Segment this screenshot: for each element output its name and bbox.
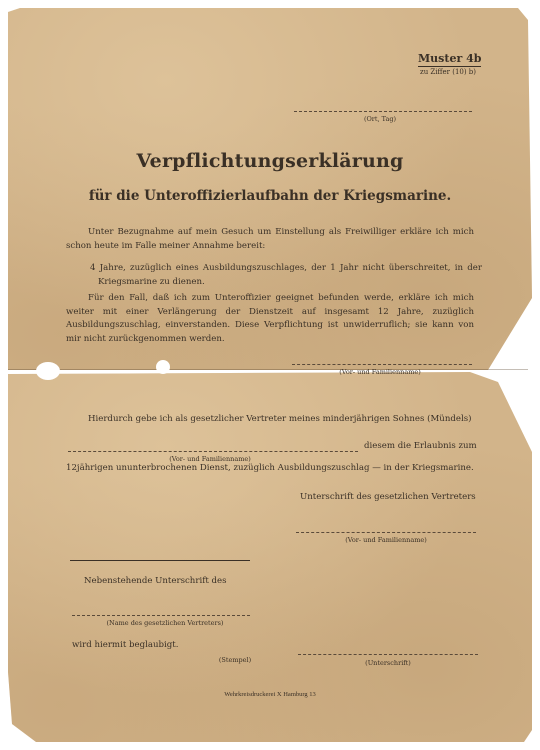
certification-statement: wird hiermit beglaubigt. [72,640,178,650]
form-reference: zu Ziffer (10) b) [420,68,476,76]
guardian-name-line[interactable] [72,615,250,616]
document-title: Verpflichtungserklärung [0,150,540,172]
son-name-line[interactable] [68,451,358,452]
place-date-caption: (Ort, Tag) [340,115,420,123]
paper-tear-hole [156,360,170,374]
document-lower-half [8,372,532,742]
service-term-paragraph: 4 Jahre, zuzüglich eines Ausbildungszusc… [90,262,482,289]
official-signature-caption: (Unterschrift) [358,659,418,667]
declaration-paragraph: Unter Bezugnahme auf mein Gesuch um Eins… [66,226,474,253]
certification-label: Nebenstehende Unterschrift des [84,576,227,586]
extension-paragraph: Für den Fall, daß ich zum Unteroffizier … [66,292,474,346]
certification-divider [70,560,250,561]
official-signature-line[interactable] [298,654,478,655]
place-date-line[interactable] [294,111,472,112]
printer-imprint: Wehrkreisdruckerei X Hamburg 13 [0,691,540,698]
guardian-continuation: 12jährigen ununterbrochenen Dienst, zuzü… [66,463,474,473]
document-subtitle: für die Unteroffizierlaufbahn der Kriegs… [0,188,540,204]
guardian-permission-text: diesem die Erlaubnis zum [364,441,477,451]
guardian-name-caption: (Name des gesetzlichen Vertreters) [100,619,230,627]
guardian-intro: Hierdurch gebe ich als gesetzlicher Vert… [66,413,474,427]
applicant-signature-caption: (Vor- und Familienname) [320,368,440,376]
son-name-caption: (Vor- und Familienname) [150,455,270,463]
stamp-caption: (Stempel) [210,656,260,664]
guardian-signature-label: Unterschrift des gesetzlichen Vertreters [300,492,476,502]
paper-tear-hole [36,362,60,380]
form-id: Muster 4b [418,52,481,67]
fold-crease [8,369,528,370]
guardian-signature-line[interactable] [296,532,476,533]
guardian-signature-caption: (Vor- und Familienname) [326,536,446,544]
applicant-signature-line[interactable] [292,364,472,365]
